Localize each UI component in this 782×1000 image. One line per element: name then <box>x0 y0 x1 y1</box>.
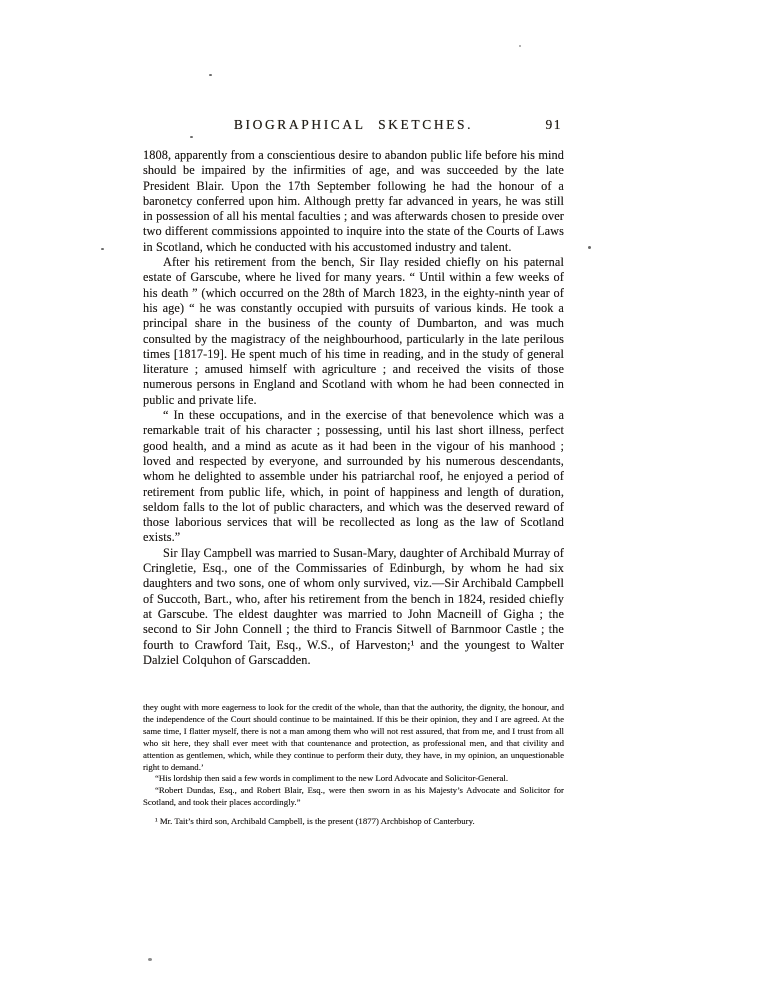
footnote-paragraph-3: “Robert Dundas, Esq., and Robert Blair, … <box>143 785 564 809</box>
running-title: BIOGRAPHICAL SKETCHES. <box>143 117 564 133</box>
footnote-paragraph-1: they ought with more eagerness to look f… <box>143 702 564 773</box>
scan-speck-6 <box>148 958 152 961</box>
page-number: 91 <box>546 117 563 133</box>
footnote-paragraph-4: ¹ Mr. Tait’s third son, Archibald Campbe… <box>143 816 564 828</box>
body-paragraph-2: After his retirement from the bench, Sir… <box>143 255 564 408</box>
scan-speck-5 <box>588 246 591 249</box>
page-header: BIOGRAPHICAL SKETCHES. 91 <box>143 117 564 135</box>
scan-speck-2 <box>209 74 212 76</box>
scan-speck-3 <box>190 136 193 138</box>
footnote-block: they ought with more eagerness to look f… <box>143 702 564 828</box>
footnote-paragraph-2: “His lordship then said a few words in c… <box>143 773 564 785</box>
body-text-block: 1808, apparently from a conscientious de… <box>143 148 564 668</box>
body-paragraph-1: 1808, apparently from a conscientious de… <box>143 148 564 255</box>
book-page: BIOGRAPHICAL SKETCHES. 91 1808, apparent… <box>0 0 782 1000</box>
scan-speck-4 <box>101 248 104 250</box>
body-paragraph-4: Sir Ilay Campbell was married to Susan-M… <box>143 546 564 668</box>
body-paragraph-3: “ In these occupations, and in the exerc… <box>143 408 564 546</box>
scan-speck-1 <box>519 45 521 47</box>
